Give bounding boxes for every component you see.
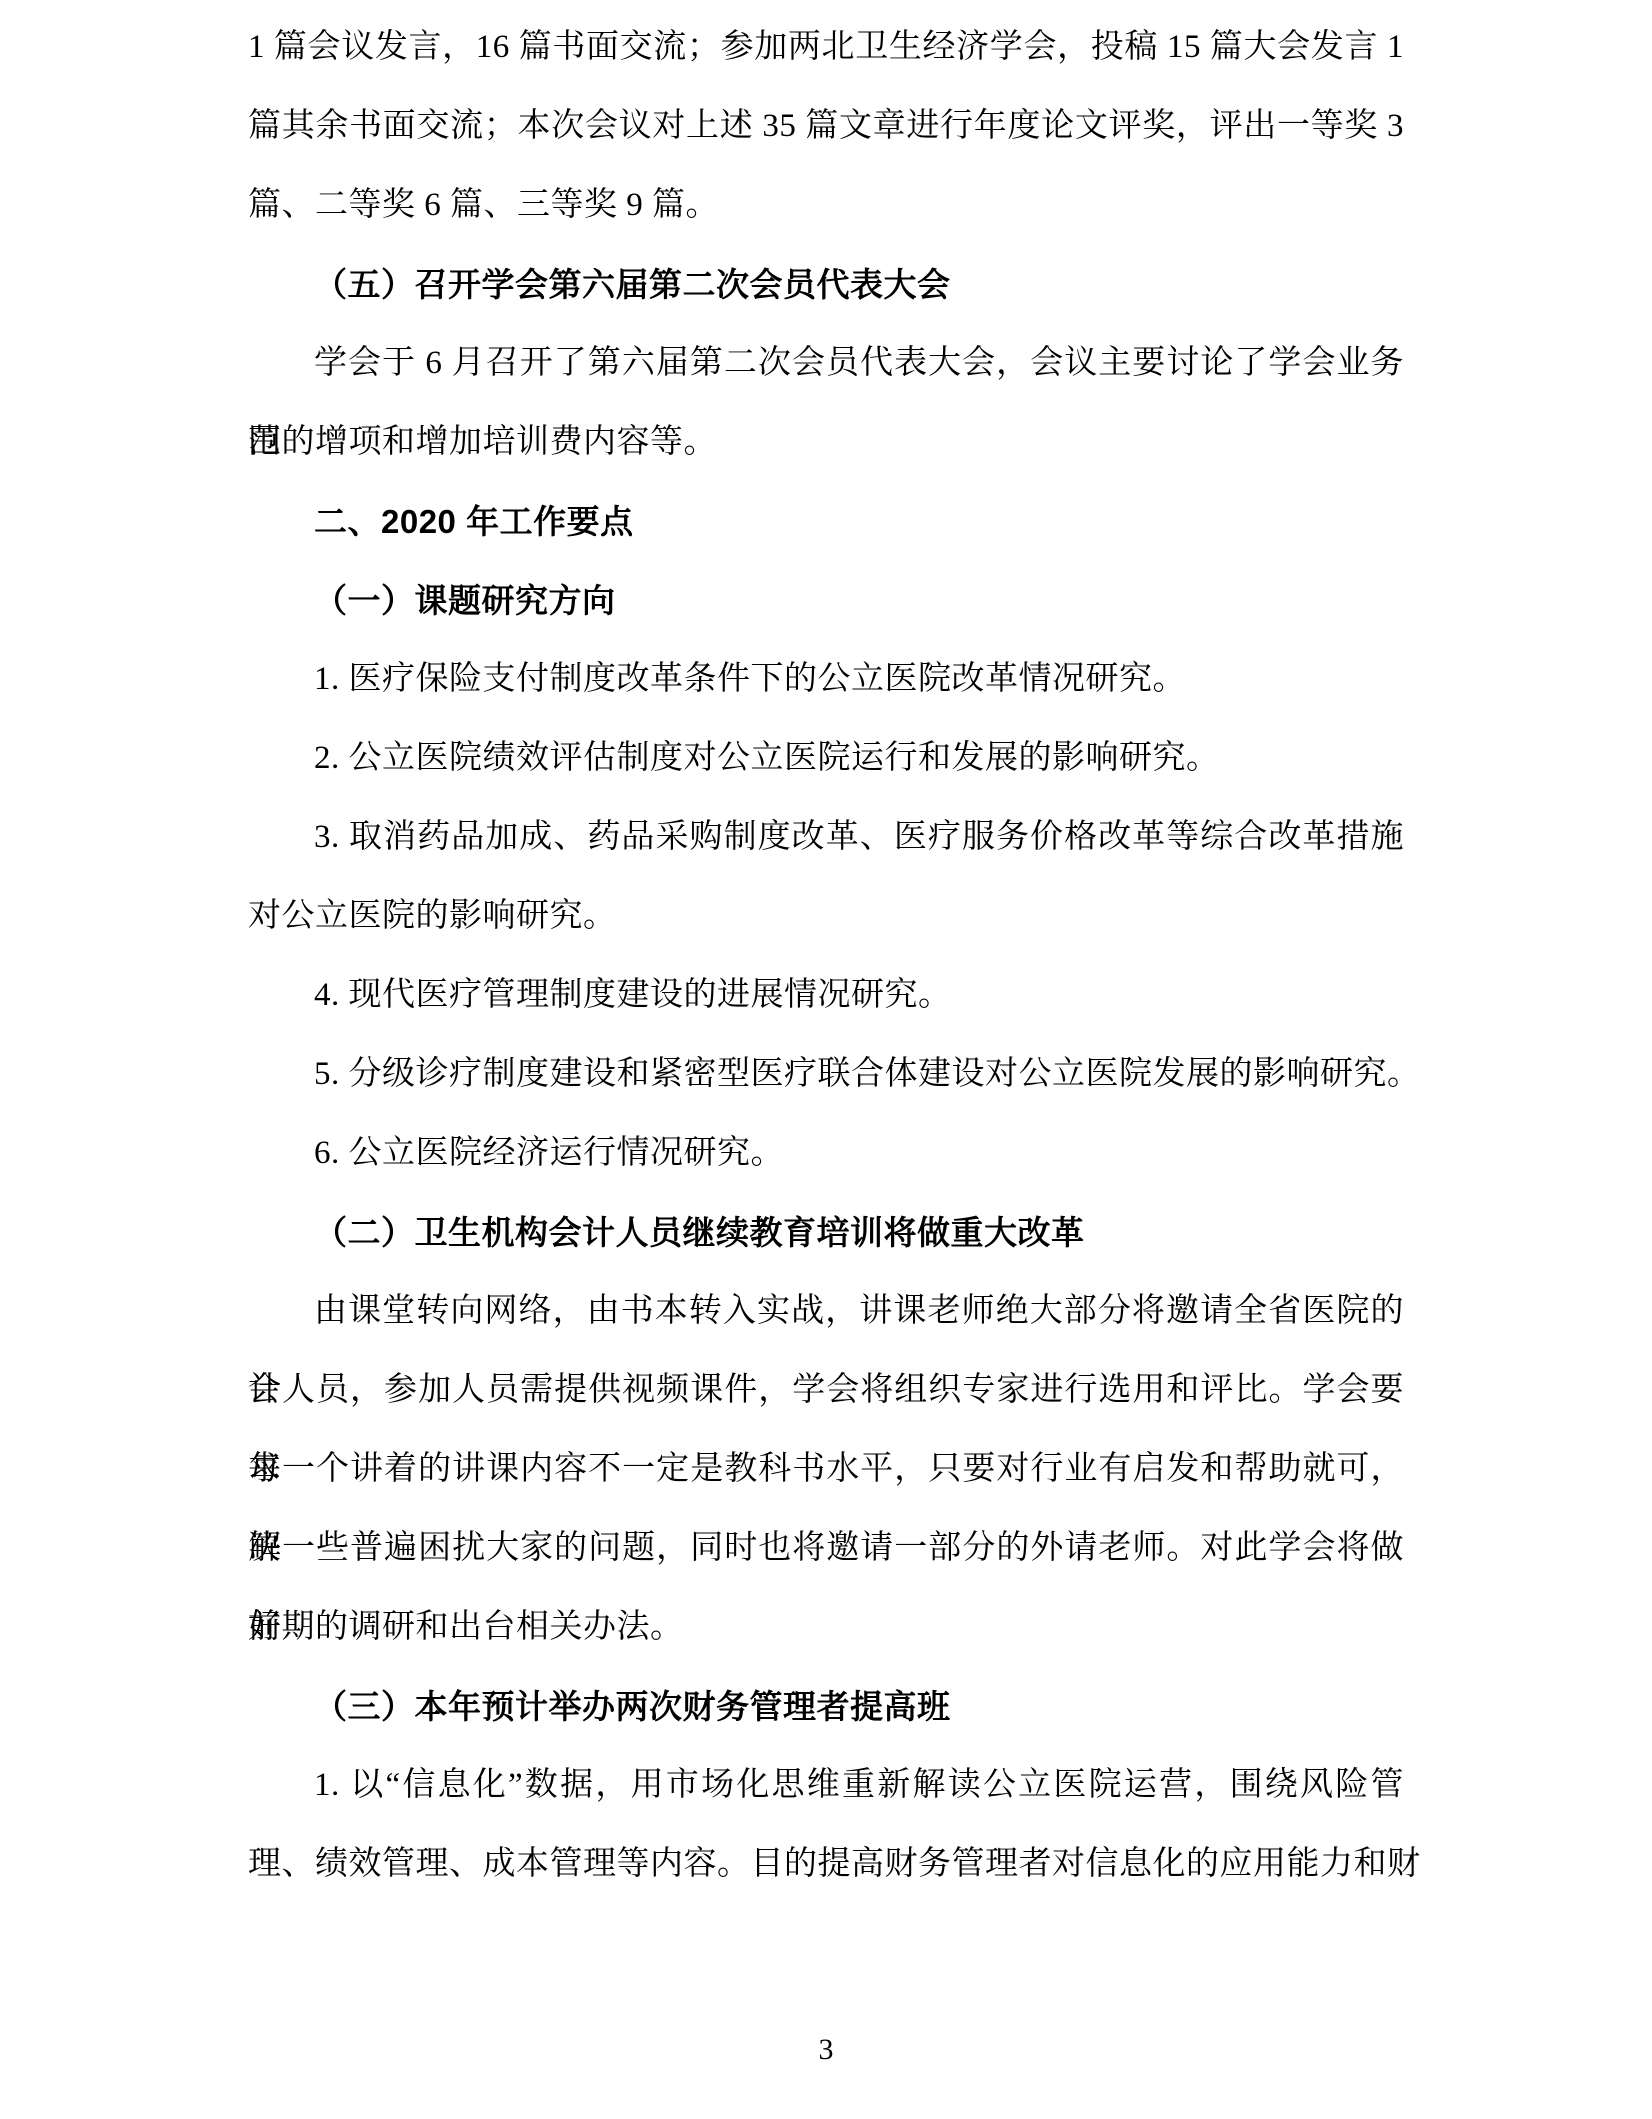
text-line: 4. 现代医疗管理制度建设的进展情况研究。 — [248, 956, 1404, 1035]
text-line: 计人员，参加人员需提供视频课件，学会将组织专家进行选用和评比。学会要求 — [248, 1351, 1404, 1430]
text-line: 决一些普遍困扰大家的问题，同时也将邀请一部分的外请老师。对此学会将做好 — [248, 1509, 1404, 1588]
text-line: 1 篇会议发言，16 篇书面交流；参加两北卫生经济学会，投稿 15 篇大会发言 … — [248, 8, 1404, 87]
text-line: 2. 公立医院绩效评估制度对公立医院运行和发展的影响研究。 — [248, 719, 1404, 798]
text-line: 围的增项和增加培训费内容等。 — [248, 403, 1404, 482]
text-line: 前期的调研和出台相关办法。 — [248, 1588, 1404, 1667]
text-line: 1. 医疗保险支付制度改革条件下的公立医院改革情况研究。 — [248, 640, 1404, 719]
text-line: 每一个讲着的讲课内容不一定是教科书水平，只要对行业有启发和帮助就可，解 — [248, 1430, 1404, 1509]
text-line: 6. 公立医院经济运行情况研究。 — [248, 1114, 1404, 1193]
text-line: 理、绩效管理、成本管理等内容。目的提高财务管理者对信息化的应用能力和财 — [248, 1825, 1404, 1904]
section-heading: 二、2020 年工作要点 — [248, 482, 1404, 561]
section-heading: （二）卫生机构会计人员继续教育培训将做重大改革 — [248, 1193, 1404, 1272]
section-heading: （一）课题研究方向 — [248, 561, 1404, 640]
page-number: 3 — [0, 2033, 1652, 2067]
text-line: 学会于 6 月召开了第六届第二次会员代表大会，会议主要讨论了学会业务范 — [248, 324, 1404, 403]
text-line: 篇、二等奖 6 篇、三等奖 9 篇。 — [248, 166, 1404, 245]
section-heading: （三）本年预计举办两次财务管理者提高班 — [248, 1667, 1404, 1746]
text-line: 由课堂转向网络，由书本转入实战，讲课老师绝大部分将邀请全省医院的会 — [248, 1272, 1404, 1351]
text-line: 5. 分级诊疗制度建设和紧密型医疗联合体建设对公立医院发展的影响研究。 — [248, 1035, 1404, 1114]
text-line: 1. 以“信息化”数据，用市场化思维重新解读公立医院运营，围绕风险管 — [248, 1746, 1404, 1825]
document-body: 1 篇会议发言，16 篇书面交流；参加两北卫生经济学会，投稿 15 篇大会发言 … — [248, 8, 1404, 1904]
section-heading: （五）召开学会第六届第二次会员代表大会 — [248, 245, 1404, 324]
text-line: 对公立医院的影响研究。 — [248, 877, 1404, 956]
text-line: 篇其余书面交流；本次会议对上述 35 篇文章进行年度论文评奖，评出一等奖 3 — [248, 87, 1404, 166]
document-page: 1 篇会议发言，16 篇书面交流；参加两北卫生经济学会，投稿 15 篇大会发言 … — [0, 0, 1652, 2119]
text-line: 3. 取消药品加成、药品采购制度改革、医疗服务价格改革等综合改革措施 — [248, 798, 1404, 877]
